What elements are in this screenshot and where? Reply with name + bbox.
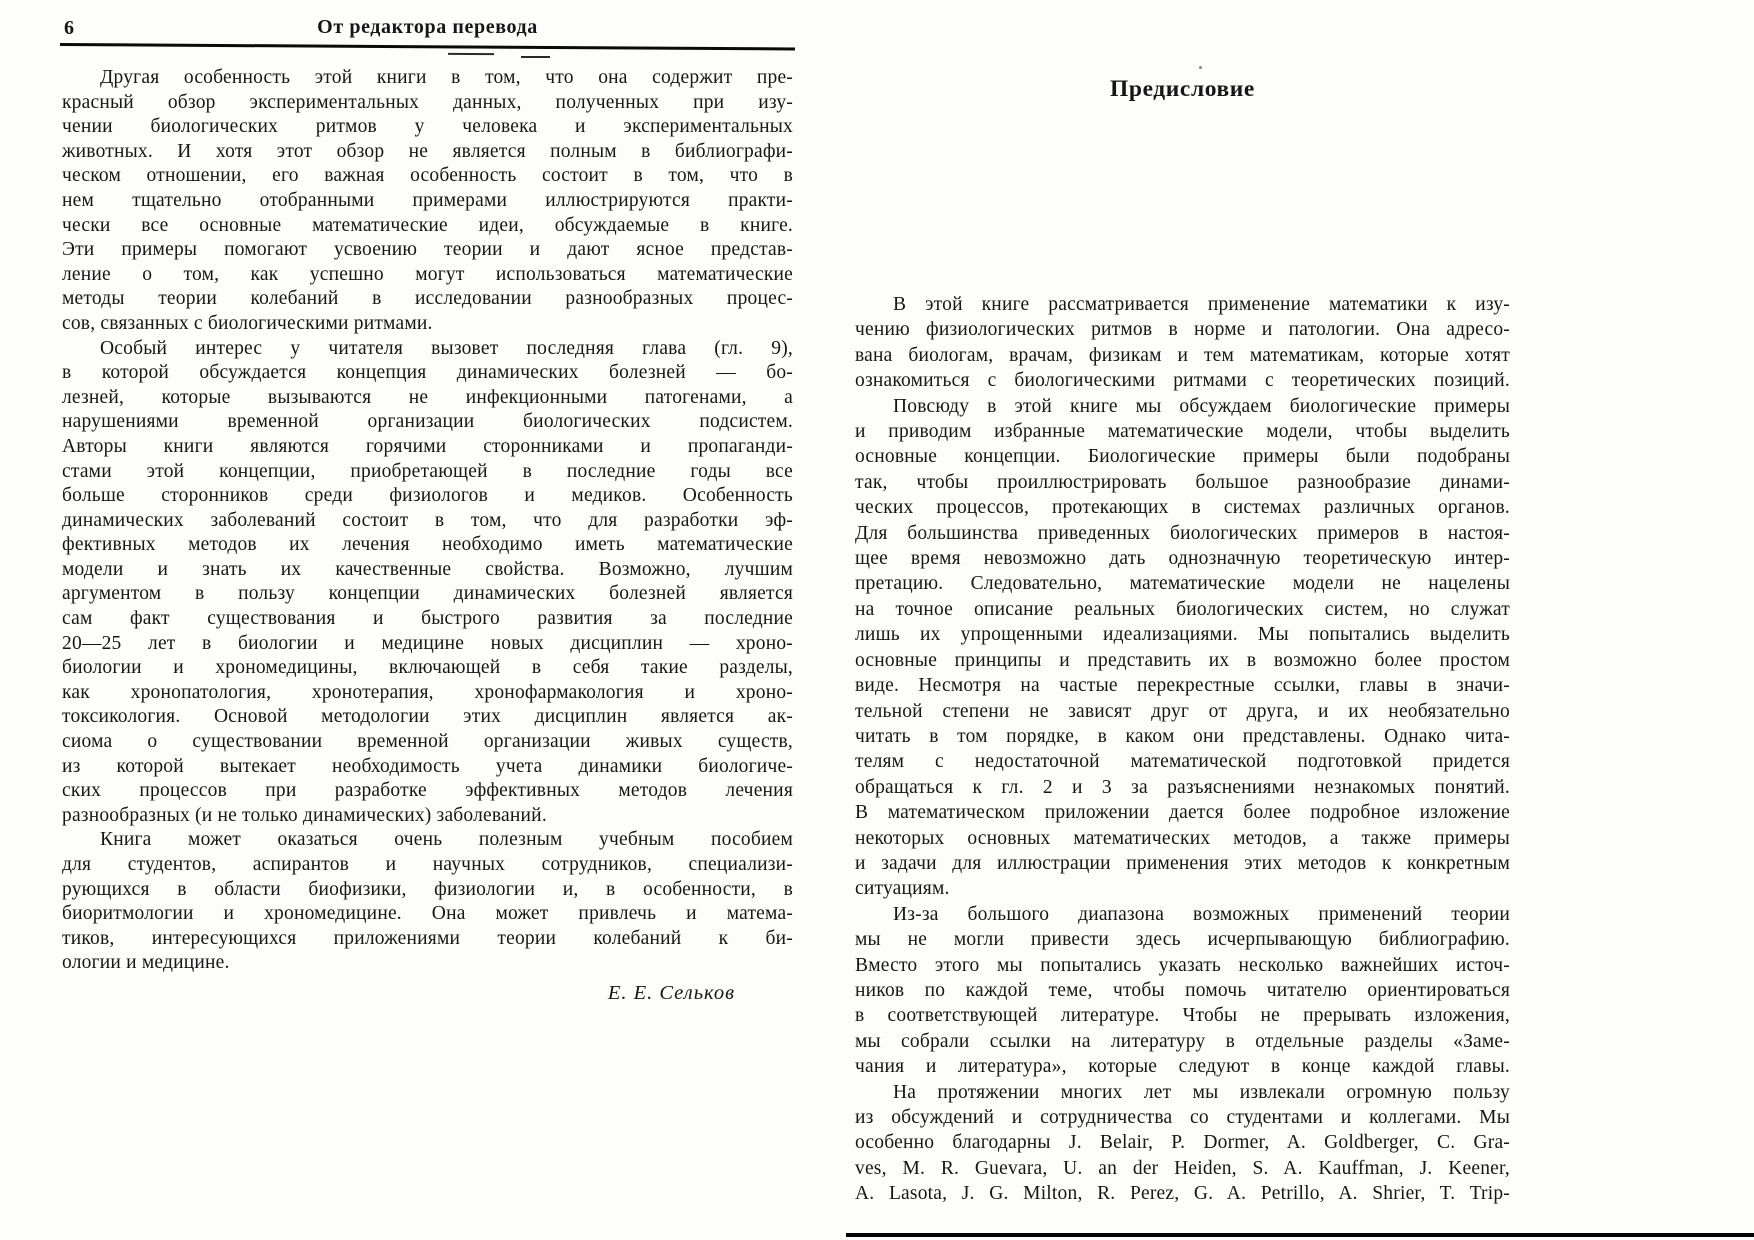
- text-line: животных. И хотя этот обзор не является …: [62, 140, 793, 165]
- text-line: ческом отношении, его важная особенность…: [62, 164, 793, 189]
- editor-signature: Е. Е. Сельков: [62, 982, 793, 1005]
- text-line: читать в том порядке, в каком они предст…: [855, 724, 1510, 749]
- left-page-body: Другая особенность этой книги в том, что…: [62, 66, 793, 976]
- text-line: нем тщательно отобранными примерами иллю…: [62, 189, 793, 214]
- text-line: биоритмологии и хрономедицине. Она может…: [62, 902, 793, 927]
- text-line: динамических заболеваний состоит в том, …: [62, 509, 793, 534]
- text-line: претацию. Следовательно, математические …: [855, 571, 1510, 596]
- text-line: разнообразных (и не только динамических)…: [62, 804, 793, 829]
- text-line: A. Lasota, J. G. Milton, R. Perez, G. A.…: [855, 1181, 1510, 1206]
- text-line: ников по каждой теме, чтобы помочь читат…: [855, 978, 1510, 1003]
- text-line: Особый интерес у читателя вызовет послед…: [62, 337, 793, 362]
- text-line: чению физиологических ритмов в норме и п…: [855, 317, 1510, 342]
- text-line: Для большинства приведенных биологически…: [855, 521, 1510, 546]
- text-line: мы собрали ссылки на литературу в отдель…: [855, 1029, 1510, 1054]
- text-line: Авторы книги являются горячими сторонник…: [62, 435, 793, 460]
- text-line: сов, связанных с биологическими ритмами.: [62, 312, 793, 337]
- left-page-header: 6 От редактора перевода: [62, 16, 793, 42]
- text-line: как хронопатология, хронотерапия, хроноф…: [62, 681, 793, 706]
- text-line: особенно благодарны J. Belair, P. Dormer…: [855, 1130, 1510, 1155]
- text-line: чески все основные математические идеи, …: [62, 214, 793, 239]
- chapter-title: Предисловие: [855, 76, 1510, 103]
- paragraph: В этой книге рассматривается применение …: [855, 292, 1510, 394]
- text-line: тельной степени не зависят друг от друга…: [855, 699, 1510, 724]
- text-line: лишь их упрощенными идеализациями. Мы по…: [855, 622, 1510, 647]
- scan-edge-line: [846, 1233, 1754, 1237]
- text-line: виде. Несмотря на частые перекрестные сс…: [855, 673, 1510, 698]
- text-line: ves, M. R. Guevara, U. an der Heiden, S.…: [855, 1156, 1510, 1181]
- text-line: Из-за большого диапазона возможных приме…: [855, 902, 1510, 927]
- text-line: красный обзор экспериментальных данных, …: [62, 91, 793, 116]
- page-number: 6: [64, 17, 74, 40]
- text-line: 20—25 лет в биологии и медицине новых ди…: [62, 632, 793, 657]
- text-line: телям с недостаточной математической под…: [855, 749, 1510, 774]
- paragraph: Из-за большого диапазона возможных приме…: [855, 902, 1510, 1080]
- text-line: и приводим избранные математические моде…: [855, 419, 1510, 444]
- text-line: ление о том, как успешно могут использов…: [62, 263, 793, 288]
- paragraph: Книга может оказаться очень полезным уче…: [62, 828, 793, 976]
- paragraph: Особый интерес у читателя вызовет послед…: [62, 337, 793, 829]
- text-line: основные концепции. Биологические пример…: [855, 444, 1510, 469]
- text-line: из обсуждений и сотрудничества со студен…: [855, 1105, 1510, 1130]
- paragraph: Другая особенность этой книги в том, что…: [62, 66, 793, 337]
- text-line: вана биологам, врачам, физикам и тем мат…: [855, 343, 1510, 368]
- book-spread: 6 От редактора перевода Другая особеннос…: [0, 0, 1754, 1240]
- text-line: основные принципы и представить их в воз…: [855, 648, 1510, 673]
- scan-artifact-dash: [448, 53, 494, 55]
- text-line: больше сторонников среди физиологов и ме…: [62, 484, 793, 509]
- text-line: так, чтобы проиллюстрировать большое раз…: [855, 470, 1510, 495]
- text-line: сиома о существовании временной организа…: [62, 730, 793, 755]
- text-line: модели и знать их качественные свойства.…: [62, 558, 793, 583]
- text-line: Книга может оказаться очень полезным уче…: [62, 828, 793, 853]
- text-line: лезней, которые вызываются не инфекционн…: [62, 386, 793, 411]
- text-line: аргументом в пользу концепции динамическ…: [62, 582, 793, 607]
- text-line: и задачи для иллюстрации применения этих…: [855, 851, 1510, 876]
- text-line: фективных методов их лечения необходимо …: [62, 533, 793, 558]
- text-line: мы не могли привести здесь исчерпывающую…: [855, 927, 1510, 952]
- text-line: из которой вытекает необходимость учета …: [62, 755, 793, 780]
- scan-artifact-dash: [521, 56, 550, 58]
- right-page-body: В этой книге рассматривается применение …: [855, 292, 1510, 1207]
- text-line: в которой обсуждается концепция динамиче…: [62, 361, 793, 386]
- text-line: биологии и хрономедицины, включающей в с…: [62, 656, 793, 681]
- text-line: ознакомиться с биологическими ритмами с …: [855, 368, 1510, 393]
- text-line: В этой книге рассматривается применение …: [855, 292, 1510, 317]
- text-line: щее время невозможно дать однозначную те…: [855, 546, 1510, 571]
- header-rule: [60, 43, 795, 50]
- text-line: тиков, интересующихся приложениями теори…: [62, 927, 793, 952]
- scan-speck: [1199, 66, 1202, 69]
- text-line: ситуациям.: [855, 876, 1510, 901]
- text-line: В математическом приложении дается более…: [855, 800, 1510, 825]
- text-line: токсикология. Основой методологии этих д…: [62, 705, 793, 730]
- paragraph: Повсюду в этой книге мы обсуждаем биолог…: [855, 394, 1510, 902]
- running-header: От редактора перевода: [62, 16, 793, 39]
- text-line: рующихся в области биофизики, физиологии…: [62, 878, 793, 903]
- text-line: некоторых основных математических методо…: [855, 826, 1510, 851]
- text-line: нарушениями временной организации биолог…: [62, 410, 793, 435]
- text-line: Вместо этого мы попытались указать неско…: [855, 953, 1510, 978]
- text-line: для студентов, аспирантов и научных сотр…: [62, 853, 793, 878]
- text-line: методы теории колебаний в исследовании р…: [62, 287, 793, 312]
- text-line: Эти примеры помогают усвоению теории и д…: [62, 238, 793, 263]
- text-line: Другая особенность этой книги в том, что…: [62, 66, 793, 91]
- paragraph: На протяжении многих лет мы извлекали ог…: [855, 1080, 1510, 1207]
- text-line: На протяжении многих лет мы извлекали ог…: [855, 1080, 1510, 1105]
- text-line: стами этой концепции, приобретающей в по…: [62, 460, 793, 485]
- text-line: чания и литература», которые следуют в к…: [855, 1054, 1510, 1079]
- text-line: ологии и медицине.: [62, 951, 793, 976]
- text-line: на точное описание реальных биологически…: [855, 597, 1510, 622]
- text-line: в соответствующей литературе. Чтобы не п…: [855, 1003, 1510, 1028]
- text-line: сам факт существования и быстрого развит…: [62, 607, 793, 632]
- text-line: ских процессов при разработке эффективны…: [62, 779, 793, 804]
- text-line: Повсюду в этой книге мы обсуждаем биолог…: [855, 394, 1510, 419]
- text-line: чении биологических ритмов у человека и …: [62, 115, 793, 140]
- text-line: обращаться к гл. 2 и 3 за разъяснениями …: [855, 775, 1510, 800]
- text-line: ческих процессов, протекающих в системах…: [855, 495, 1510, 520]
